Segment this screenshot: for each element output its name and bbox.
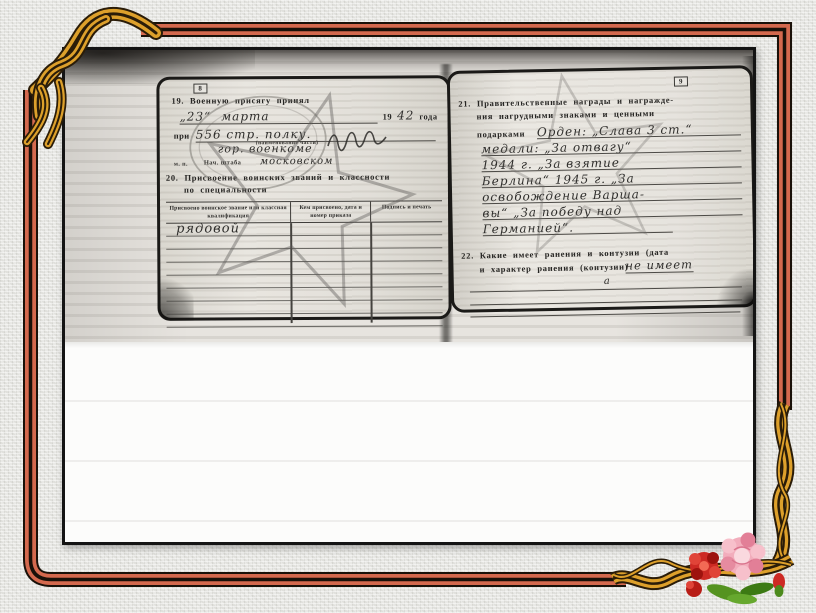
wounds-entry: не имеет xyxy=(625,257,693,273)
blank-fill xyxy=(279,109,377,121)
item22-title-line2: и характер ранения (контузии) xyxy=(479,261,628,277)
scan-panel: 8 19. Военную присягу принял „23“ марта … xyxy=(62,47,756,545)
st-george-ribbon-bottom xyxy=(613,559,791,584)
rank-table-body: рядовой xyxy=(166,222,443,323)
page-number: 9 xyxy=(679,77,683,85)
red-carnation xyxy=(686,552,721,597)
chief-handwriting: московском xyxy=(260,156,334,167)
item20-title-line2: по специальности xyxy=(184,183,267,196)
photocopy-area: 8 19. Военную присягу принял „23“ марта … xyxy=(65,50,753,342)
slide: { "colors": { "bg": "#e9e9e6", "panel_bo… xyxy=(0,0,816,613)
oath-date-underline: „23“ марта xyxy=(180,109,378,125)
unit-line2: гор. военкоме xyxy=(218,142,313,155)
rank-table-header-cell: Кем присвоено, дата и номер приказа xyxy=(290,202,370,223)
seal-label: м. п. xyxy=(174,162,188,168)
rank-entry: рядовой xyxy=(176,222,240,237)
item20-title-line1: 20. Присвоение воинских званий и классно… xyxy=(166,171,390,185)
blank-fill xyxy=(317,126,435,138)
page-number-badge: 9 xyxy=(674,76,688,86)
rank-table-header: Присвоено воинское звание или классная к… xyxy=(166,200,442,224)
rank-table-header-cell: Подпись и печать xyxy=(370,201,442,222)
page-number: 8 xyxy=(198,85,202,93)
oath-month: марта xyxy=(221,109,269,123)
rank-table: Присвоено воинское звание или классная к… xyxy=(166,200,443,314)
booklet-page-right: 9 21. Правительственные награды и награж… xyxy=(447,65,753,313)
flower-bud xyxy=(773,573,785,591)
at-label: при xyxy=(174,131,190,141)
st-george-ribbon-right xyxy=(778,404,788,562)
year-prefix: 19 xyxy=(383,112,393,122)
year-suffix: года xyxy=(419,111,437,121)
rank-table-header-cell: Присвоено воинское звание или классная к… xyxy=(166,202,290,223)
award-entry: Германией“. xyxy=(483,217,673,237)
table-ruled-row xyxy=(167,313,443,327)
item19-title: 19. Военную присягу принял xyxy=(171,94,309,107)
page-number-badge: 8 xyxy=(193,84,207,94)
oath-year: 42 xyxy=(397,108,414,122)
blank-sheet-area xyxy=(65,342,753,542)
award-text: Германией“. xyxy=(483,221,575,237)
oath-day: „23“ xyxy=(180,109,212,123)
chief-label: Нач. штаба xyxy=(204,159,242,166)
booklet-page-left: 8 19. Военную присягу принял „23“ марта … xyxy=(156,75,451,321)
oath-date-line: „23“ марта 19 42 года xyxy=(180,108,438,124)
